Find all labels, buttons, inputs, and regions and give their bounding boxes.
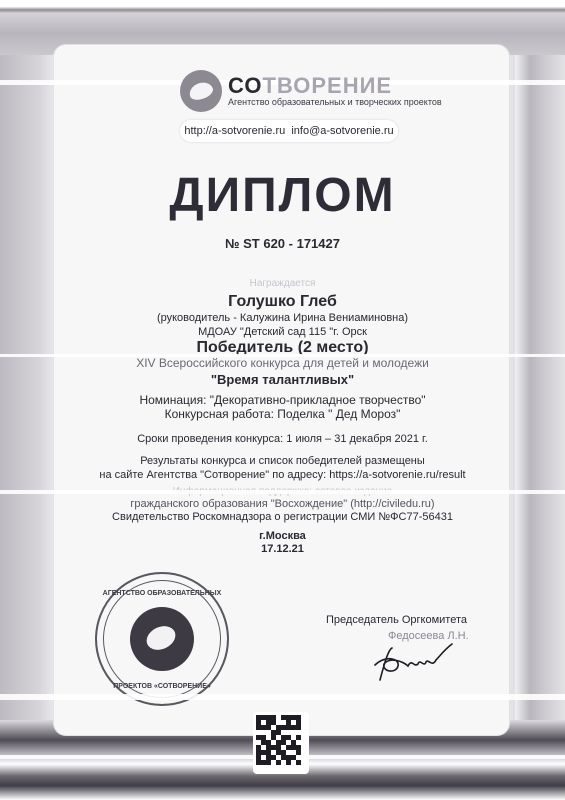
contest-name: "Время талантливых" — [0, 372, 565, 387]
contact-bar: http://a-sotvorenie.ru info@a-sotvorenie… — [180, 120, 398, 142]
logo-name: СОТВОРЕНИЕ — [228, 76, 442, 96]
contest-work: Конкурсная работа: Поделка " Дед Мороз" — [0, 407, 565, 421]
stamp-palette-icon — [130, 607, 194, 671]
signature-icon — [370, 640, 470, 685]
palette-logo-icon — [180, 70, 222, 112]
stamp-bottom-text: ПРОЕКТОВ «СОТВОРЕНИЕ» — [97, 683, 227, 690]
scan-artifact — [0, 490, 565, 494]
contest-line: XIV Всероссийского конкурса для детей и … — [0, 356, 565, 370]
qr-pattern — [256, 715, 306, 765]
agency-logo: СОТВОРЕНИЕ Агентство образовательных и т… — [180, 70, 442, 112]
results-line-1: Результаты конкурса и список победителей… — [0, 455, 565, 467]
nomination: Номинация: "Декоративно-прикладное творч… — [0, 393, 565, 407]
issue-date: 17.12.21 — [0, 543, 565, 555]
website-link[interactable]: http://a-sotvorenie.ru — [184, 125, 285, 137]
official-stamp: АГЕНТСТВО ОБРАЗОВАТЕЛЬНЫХ ПРОЕКТОВ «СОТВ… — [95, 572, 229, 706]
diploma-number: № ST 620 - 171427 — [0, 236, 565, 251]
qr-code[interactable] — [253, 712, 309, 774]
partner-line: гражданского образования "Восхождение" (… — [0, 498, 565, 510]
scan-artifact — [0, 694, 565, 700]
left-border-decoration — [0, 55, 55, 720]
supervisor: (руководитель - Калужина Ирина Вениамино… — [0, 312, 565, 324]
recipient-name: Голушко Глеб — [0, 293, 565, 311]
email-link[interactable]: info@a-sotvorenie.ru — [291, 125, 393, 137]
right-border-decoration — [515, 55, 565, 720]
diploma-title: ДИПЛОМ — [0, 168, 565, 223]
logo-subtitle: Агентство образовательных и творческих п… — [228, 97, 442, 107]
chairman-title: Председатель Оргкомитета — [326, 614, 467, 626]
city: г.Москва — [0, 530, 565, 542]
institution: МДОАУ "Детский сад 115 "г. Орск — [0, 326, 565, 338]
contest-dates: Сроки проведения конкурса: 1 июля – 31 д… — [0, 433, 565, 445]
stamp-top-text: АГЕНТСТВО ОБРАЗОВАТЕЛЬНЫХ — [97, 590, 227, 597]
registration-info: Свидетельство Роскомнадзора о регистраци… — [0, 511, 565, 523]
results-line-2: на сайте Агентства "Сотворение" по адрес… — [0, 469, 565, 481]
awarded-label: Награждается — [0, 278, 565, 289]
